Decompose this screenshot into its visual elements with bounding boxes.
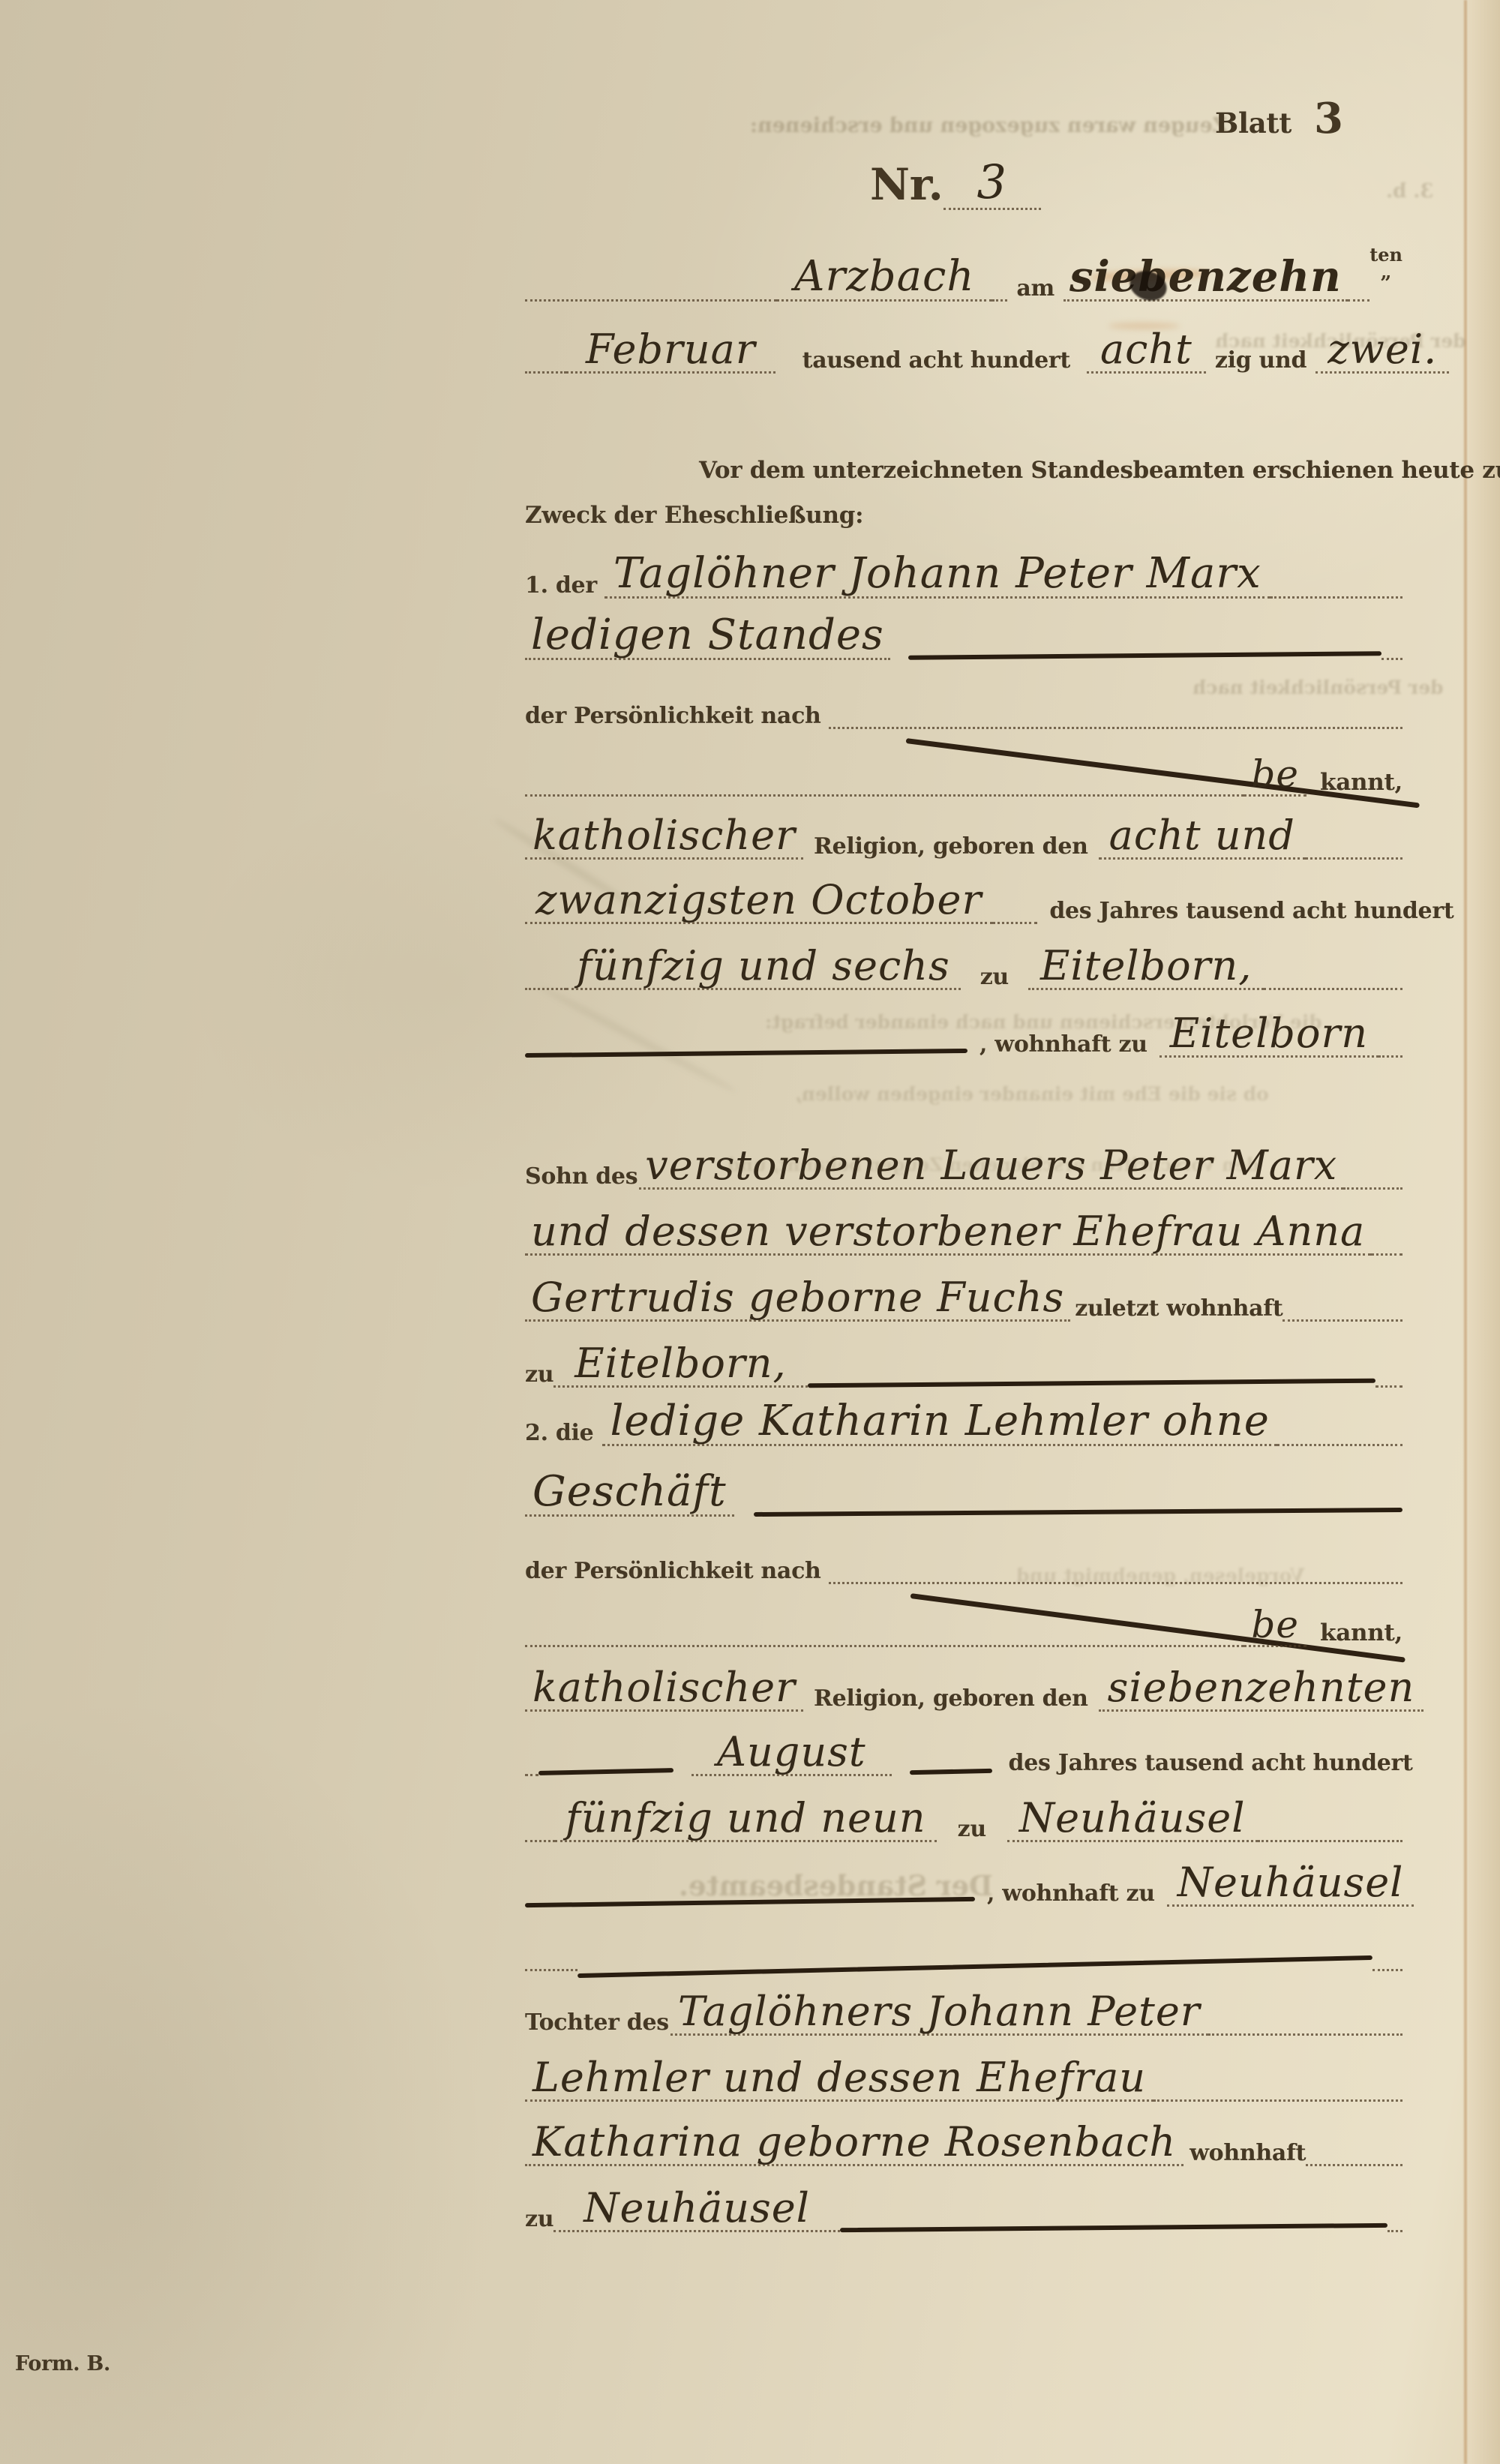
form-label: Form. B. (15, 2352, 110, 2375)
ink-stroke (525, 1049, 967, 1058)
bride-name-handwritten: ledige Katharin Lehmler ohne (602, 1399, 1276, 1446)
registry-place-handwritten: Arzbach (776, 254, 992, 302)
nr-label: Nr. (870, 160, 943, 210)
blatt-number: 3 (1314, 95, 1343, 143)
bride-parents-place-handwritten: Neuhäusel (553, 2186, 840, 2232)
bride-identity-line: der Persönlichkeit nach (525, 1541, 1402, 1584)
bleedthrough-text: ob sie die Ehe mit einander eingehen wol… (795, 1083, 1269, 1105)
groom-religion-handwritten: katholischer (525, 814, 803, 860)
zu-printed-3: zu (958, 1817, 986, 1843)
groom-father-line: Sohn des verstorbenen Lauers Peter Marx (525, 1122, 1402, 1190)
year-printed: tausend acht hundert (802, 348, 1070, 374)
bride-bekannt-line: be kannt, (525, 1584, 1402, 1647)
religion-printed: Religion, geboren den (814, 834, 1088, 860)
groom-identity-line: der Persönlichkeit nach (525, 686, 1402, 729)
bekannt-prefix-handwritten-2: be (1243, 1604, 1306, 1647)
bride-index-label: 2. die (525, 1421, 593, 1447)
intro-line-2: Zweck der Eheschließung: (525, 492, 1402, 530)
bride-birthmonth-line: August des Jahres tausend acht hundert (525, 1712, 1402, 1776)
sheet-number: Blatt 3 (1215, 95, 1343, 143)
bride-occupation-handwritten: Geschäft (525, 1469, 734, 1517)
groom-mother-line-1: und dessen verstorbener Ehefrau Anna (525, 1188, 1402, 1256)
bride-birthyear-line: fünfzig und neun zu Neuhäusel (525, 1776, 1402, 1842)
bride-birthplace-handwritten: Neuhäusel (1007, 1796, 1258, 1842)
residence-printed: , wohnhaft zu (979, 1032, 1147, 1058)
ink-stroke (840, 2223, 1387, 2232)
groom-birthmonth-line: zwanzigsten October des Jahres tausend a… (525, 860, 1402, 924)
date-day-handwritten: siebenzehn (1063, 254, 1348, 302)
day-suffix: ten „ (1369, 246, 1402, 282)
bride-birthyear-handwritten: fünfzig und neun (555, 1796, 937, 1842)
groom-religion-line: katholischer Religion, geboren den acht … (525, 797, 1402, 860)
zuletzt-printed: zuletzt wohnhaft (1075, 1296, 1282, 1322)
page-edge (1468, 0, 1500, 2464)
bride-occupation-line: Geschäft (525, 1452, 1402, 1517)
page-fold-line (1464, 0, 1467, 2464)
ink-stroke (538, 1768, 673, 1775)
groom-parents-place-line: zu Eitelborn, (525, 1320, 1402, 1388)
bride-father-handwritten-2: Lehmler und dessen Ehefrau (525, 2056, 1153, 2102)
date-year-line: Februar tausend acht hundert acht zig un… (525, 315, 1402, 374)
groom-residence-line: , wohnhaft zu Eitelborn (525, 992, 1402, 1058)
groom-mother-line-2: Gertrudis geborne Fuchs zuletzt wohnhaft (525, 1253, 1402, 1322)
groom-residence-handwritten: Eitelborn (1159, 1012, 1378, 1058)
bride-residence-handwritten: Neuhäusel (1167, 1861, 1414, 1907)
zu-printed-4: zu (525, 2207, 553, 2233)
bride-parents-place-line: zu Neuhäusel (525, 2163, 1402, 2232)
groom-birthyear-line: fünfzig und sechs zu Eitelborn, (525, 926, 1402, 990)
intro-line-1: Vor dem unterzeichneten Standesbeamten e… (525, 447, 1402, 485)
ink-stroke (909, 1769, 991, 1775)
groom-status-handwritten: ledigen Standes (525, 613, 890, 660)
groom-birthyear-handwritten: fünfzig und sechs (566, 944, 961, 990)
record-number-line: Nr. 3 (870, 158, 1095, 210)
date-place-line: Arzbach am siebenzehn ten „ (525, 242, 1402, 302)
am-printed: am (1016, 276, 1054, 302)
groom-mother-handwritten-2: Gertrudis geborne Fuchs (525, 1276, 1070, 1322)
bekannt-prefix-handwritten: be (1243, 754, 1306, 797)
year-printed-2: zig und (1215, 348, 1306, 374)
year-ones-handwritten: zwei. (1315, 328, 1449, 374)
groom-index-label: 1. der (525, 573, 597, 599)
zu-printed: zu (980, 965, 1009, 991)
wohnhaft-printed: wohnhaft (1189, 2141, 1306, 2167)
birthyear-printed: des Jahres tausend acht hundert (1049, 899, 1453, 925)
bleedthrough-text: 3. b. (1386, 180, 1433, 203)
groom-status-line: ledigen Standes (525, 597, 1402, 660)
ink-stroke (525, 1897, 975, 1907)
bride-mother-line: Katharina geborne Rosenbach wohnhaft (525, 2097, 1402, 2166)
bride-father-line-2: Lehmler und dessen Ehefrau (525, 2033, 1402, 2102)
groom-name-handwritten: Taglöhner Johann Peter Marx (604, 551, 1270, 599)
year-tens-handwritten: acht (1087, 328, 1206, 374)
tochter-des-printed: Tochter des (525, 2010, 669, 2036)
ink-stroke (908, 651, 1381, 660)
bekannt-printed: kannt, (1320, 770, 1402, 797)
identity-printed-2: der Persönlichkeit nach (525, 1559, 821, 1585)
residence-printed-2: , wohnhaft zu (987, 1881, 1155, 1907)
bride-religion-line: katholischer Religion, geboren den siebe… (525, 1647, 1402, 1712)
blatt-label: Blatt (1215, 107, 1291, 140)
bride-birthmonth-handwritten: August (691, 1730, 892, 1776)
bride-religion-handwritten: katholischer (525, 1666, 803, 1712)
groom-mother-handwritten-1: und dessen verstorbener Ehefrau Anna (525, 1210, 1371, 1256)
document-page: Zeugen waren zugezogen und erschienen: 3… (0, 0, 1500, 2464)
groom-bekannt-line: be kannt, (525, 734, 1402, 797)
bekannt-printed-2: kannt, (1320, 1620, 1402, 1647)
nr-value-handwritten: 3 (943, 158, 1041, 210)
bride-birthday-handwritten: siebenzehnten (1099, 1666, 1424, 1712)
birthyear-printed-2: des Jahres tausend acht hundert (1009, 1751, 1413, 1777)
groom-name-line: 1. der Taglöhner Johann Peter Marx (525, 534, 1402, 599)
groom-birthmonth-handwritten: zwanzigsten October (525, 878, 992, 924)
bride-father-line: Tochter des Taglöhners Johann Peter (525, 1968, 1402, 2036)
identity-printed: der Persönlichkeit nach (525, 704, 821, 730)
bride-father-handwritten: Taglöhners Johann Peter (670, 1990, 1208, 2036)
separator-line (525, 1925, 1402, 1971)
groom-father-handwritten: verstorbenen Lauers Peter Marx (639, 1144, 1343, 1190)
groom-birthplace-handwritten: Eitelborn, (1028, 944, 1264, 990)
bride-mother-handwritten: Katharina geborne Rosenbach (525, 2120, 1183, 2166)
ink-stroke (754, 1508, 1402, 1517)
groom-birthday-handwritten: acht und (1099, 814, 1306, 860)
bride-name-line: 2. die ledige Katharin Lehmler ohne (525, 1380, 1402, 1446)
bride-residence-line: , wohnhaft zu Neuhäusel (525, 1839, 1402, 1907)
bleedthrough-text: Zeugen waren zugezogen und erschienen: (750, 114, 1227, 137)
sohn-des-printed: Sohn des (525, 1164, 637, 1190)
date-month-handwritten: Februar (566, 328, 775, 374)
religion-printed-2: Religion, geboren den (814, 1686, 1088, 1712)
